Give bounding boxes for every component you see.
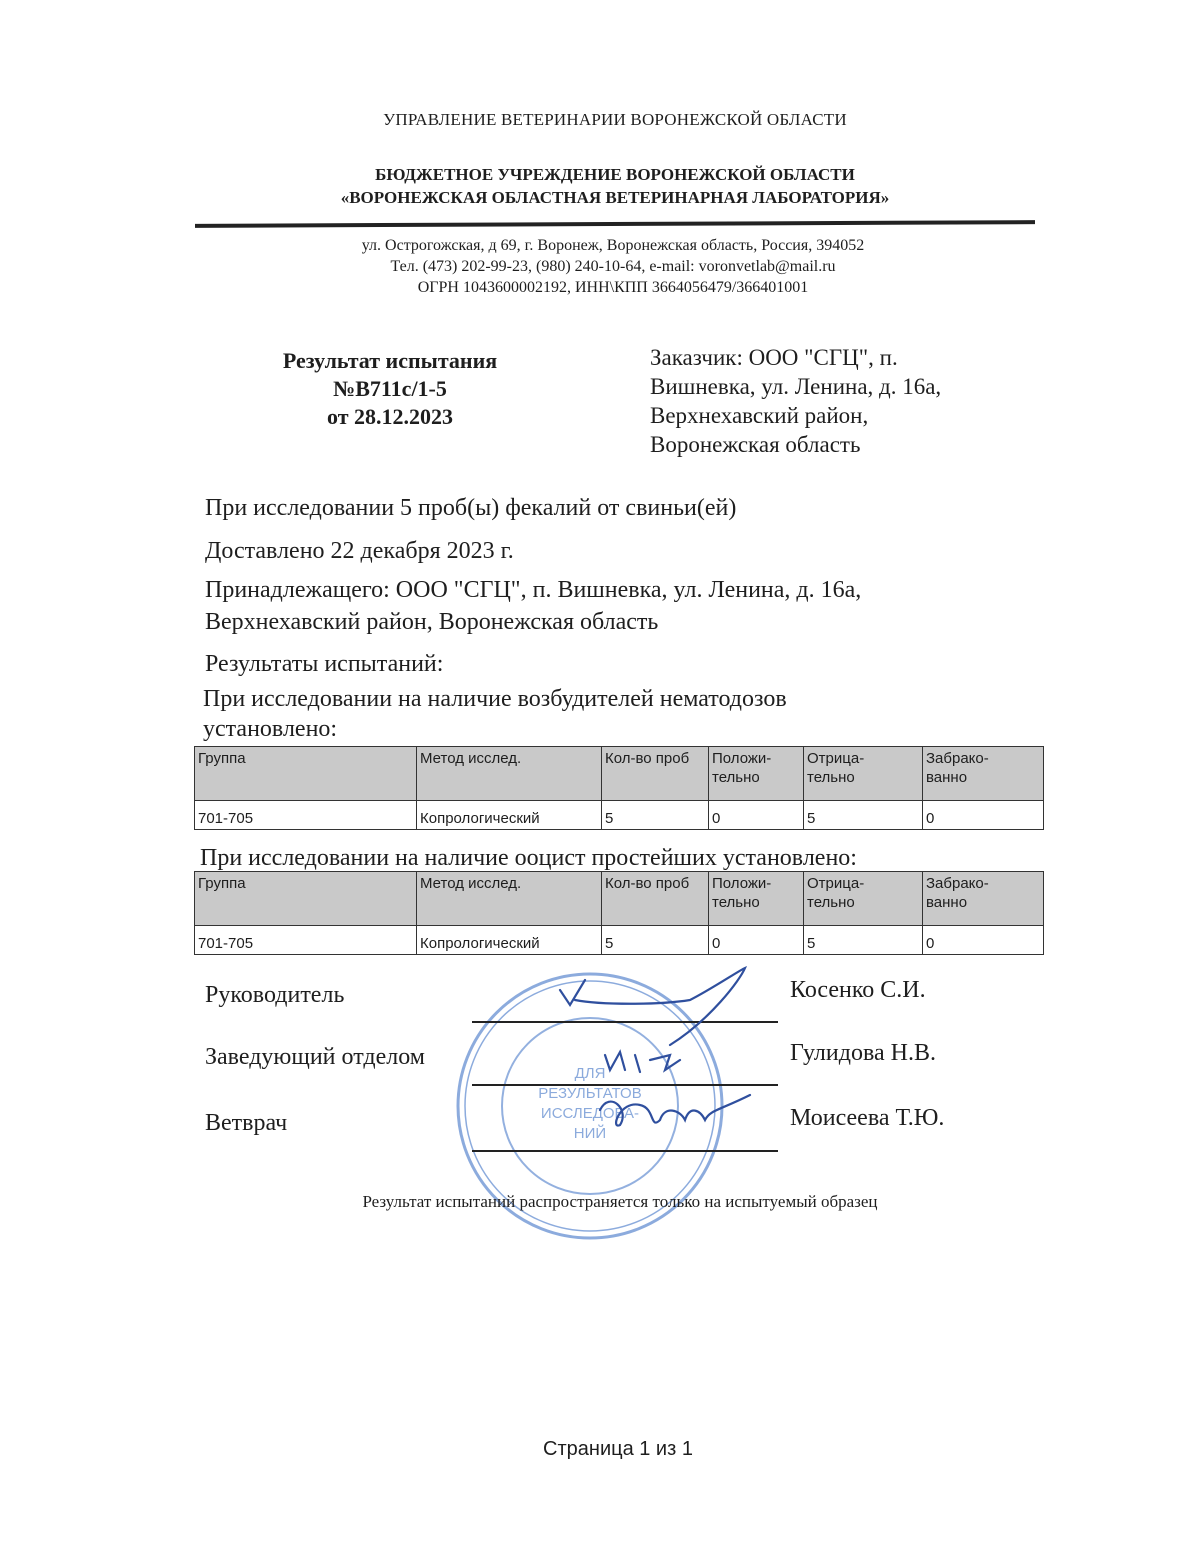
nematode-heading: При исследовании на наличие возбудителей… [203, 684, 787, 744]
result-date: от 28.12.2023 [240, 403, 540, 431]
signature-name: Моисеева Т.Ю. [790, 1105, 944, 1132]
page-number: Страница 1 из 1 [0, 1438, 1200, 1461]
organization-name: БЮДЖЕТНОЕ УЧРЕЖДЕНИЕ ВОРОНЕЖСКОЙ ОБЛАСТИ… [0, 163, 1200, 209]
cell-negative: 5 [804, 926, 923, 955]
col-negative: Отрица- тельно [804, 747, 923, 801]
col-positive: Положи- тельно [709, 747, 804, 801]
col-negative: Отрица- тельно [804, 872, 923, 926]
col-method: Метод исслед. [417, 747, 602, 801]
cell-method: Копрологический [417, 926, 602, 955]
col-group: Группа [195, 872, 417, 926]
org-line-1: БЮДЖЕТНОЕ УЧРЕЖДЕНИЕ ВОРОНЕЖСКОЙ ОБЛАСТИ [0, 163, 1200, 186]
result-title-block: Результат испытания №В711с/1-5 от 28.12.… [240, 347, 540, 431]
col-positive: Положи- тельно [709, 872, 804, 926]
address: ул. Острогожская, д 69, г. Воронеж, Воро… [0, 235, 1200, 256]
contact-block: ул. Острогожская, д 69, г. Воронеж, Воро… [0, 235, 1200, 298]
cell-count: 5 [602, 926, 709, 955]
protozoa-results-table: Группа Метод исслед. Кол-во проб Положи-… [194, 871, 1044, 955]
table-header-row: Группа Метод исслед. Кол-во проб Положи-… [195, 872, 1044, 926]
nematode-line-2: установлено: [203, 714, 787, 744]
protozoa-heading: При исследовании на наличие ооцист прост… [200, 842, 857, 874]
cell-group: 701-705 [195, 926, 417, 955]
signature-role: Ветврач [205, 1110, 287, 1137]
col-count: Кол-во проб [602, 872, 709, 926]
cell-rejected: 0 [923, 926, 1044, 955]
authority-heading: УПРАВЛЕНИЕ ВЕТЕРИНАРИИ ВОРОНЕЖСКОЙ ОБЛАС… [0, 110, 1200, 130]
table-header-row: Группа Метод исслед. Кол-во проб Положи-… [195, 747, 1044, 801]
results-label: Результаты испытаний: [205, 648, 443, 680]
org-line-2: «ВОРОНЕЖСКАЯ ОБЛАСТНАЯ ВЕТЕРИНАРНАЯ ЛАБО… [0, 186, 1200, 209]
customer-line: Заказчик: ООО "СГЦ", п. [650, 343, 1010, 372]
cell-count: 5 [602, 801, 709, 830]
handwritten-signature-icon [540, 960, 780, 1160]
signature-name: Гулидова Н.В. [790, 1040, 936, 1067]
result-title: Результат испытания [240, 347, 540, 375]
col-group: Группа [195, 747, 417, 801]
contacts: Тел. (473) 202-99-23, (980) 240-10-64, e… [0, 256, 1200, 277]
nematode-line-1: При исследовании на наличие возбудителей… [203, 684, 787, 714]
nematode-results-table: Группа Метод исслед. Кол-во проб Положи-… [194, 746, 1044, 830]
table-row: 701-705 Копрологический 5 0 5 0 [195, 926, 1044, 955]
customer-line: Воронежская область [650, 430, 1010, 459]
owner-line-2: Верхнехавский район, Воронежская область [205, 606, 861, 638]
col-count: Кол-во проб [602, 747, 709, 801]
samples-text: При исследовании 5 проб(ы) фекалий от св… [205, 492, 736, 524]
customer-block: Заказчик: ООО "СГЦ", п. Вишневка, ул. Ле… [650, 343, 1010, 459]
owner-text: Принадлежащего: ООО "СГЦ", п. Вишневка, … [205, 574, 861, 638]
cell-positive: 0 [709, 801, 804, 830]
delivered-text: Доставлено 22 декабря 2023 г. [205, 535, 514, 567]
cell-positive: 0 [709, 926, 804, 955]
cell-rejected: 0 [923, 801, 1044, 830]
signature-name: Косенко С.И. [790, 977, 926, 1004]
header-divider [195, 220, 1035, 228]
customer-line: Верхнехавский район, [650, 401, 1010, 430]
col-rejected: Забрако- ванно [923, 747, 1044, 801]
result-number: №В711с/1-5 [240, 375, 540, 403]
cell-method: Копрологический [417, 801, 602, 830]
cell-negative: 5 [804, 801, 923, 830]
col-method: Метод исслед. [417, 872, 602, 926]
col-rejected: Забрако- ванно [923, 872, 1044, 926]
owner-line-1: Принадлежащего: ООО "СГЦ", п. Вишневка, … [205, 574, 861, 606]
customer-line: Вишневка, ул. Ленина, д. 16а, [650, 372, 1010, 401]
table-row: 701-705 Копрологический 5 0 5 0 [195, 801, 1044, 830]
signature-role: Руководитель [205, 982, 344, 1009]
registry-numbers: ОГРН 1043600002192, ИНН\КПП 3664056479/3… [0, 277, 1200, 298]
signature-role: Заведующий отделом [205, 1044, 425, 1071]
disclaimer-note: Результат испытаний распространяется тол… [0, 1192, 1200, 1212]
cell-group: 701-705 [195, 801, 417, 830]
